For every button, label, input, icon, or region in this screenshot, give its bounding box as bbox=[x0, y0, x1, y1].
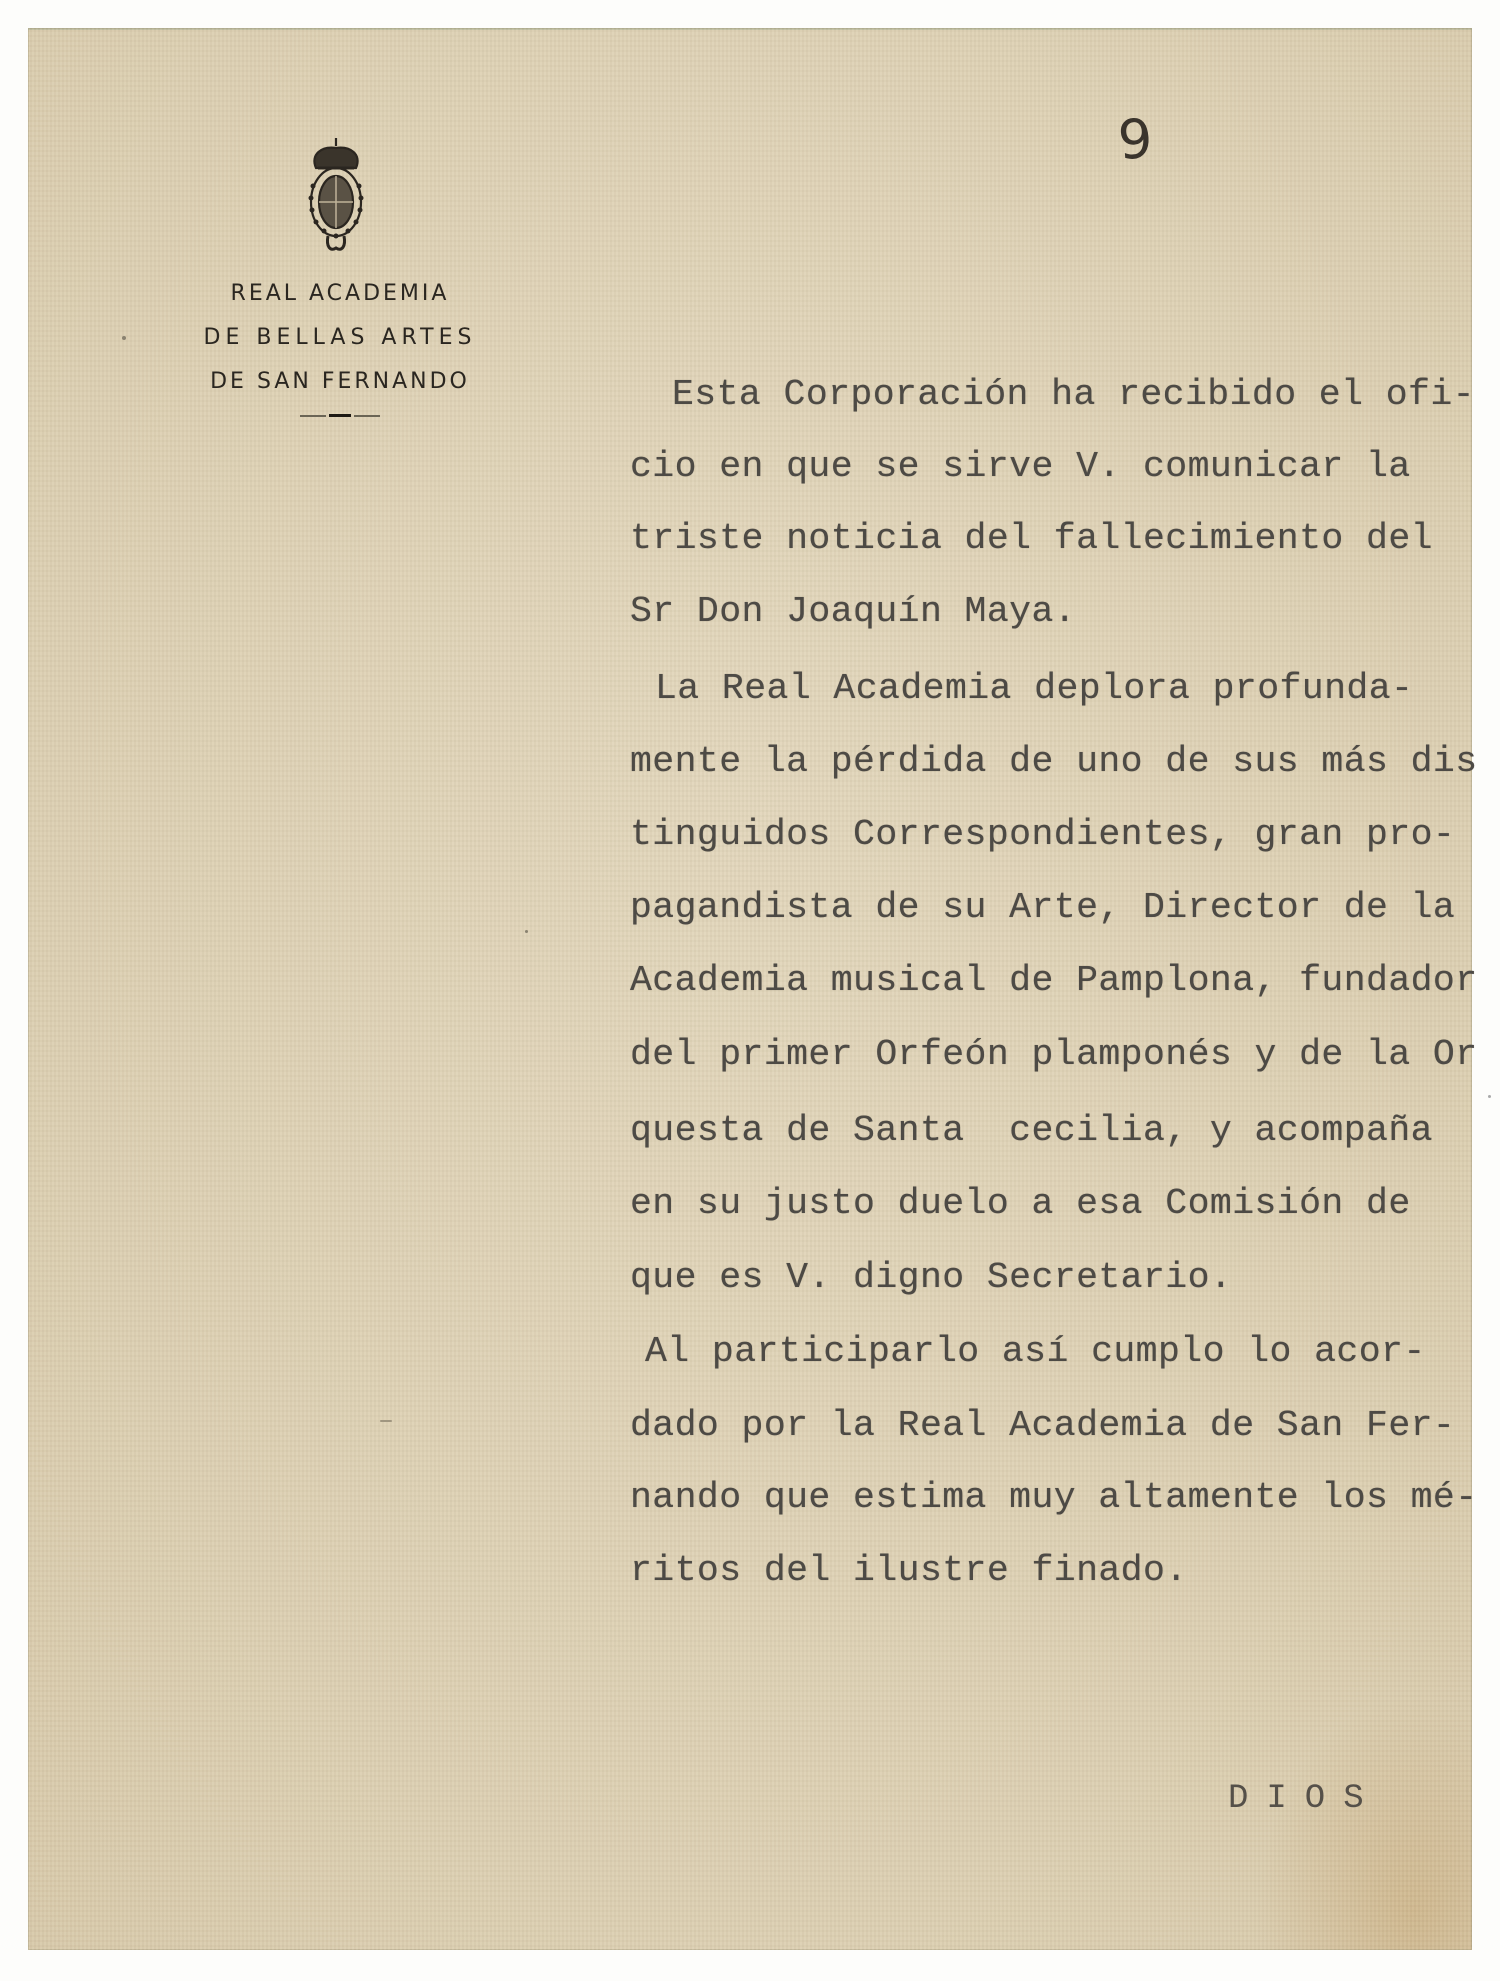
paper-speck bbox=[525, 930, 528, 933]
letterhead-divider bbox=[300, 415, 326, 417]
body-line: questa de Santa cecilia, y acompaña bbox=[630, 1113, 1433, 1150]
body-line: nando que estima muy altamente los mé- bbox=[630, 1480, 1478, 1517]
letterhead-divider bbox=[329, 414, 351, 417]
body-line: en su justo duelo a esa Comisión de bbox=[630, 1186, 1411, 1223]
body-line: Academia musical de Pamplona, fundador bbox=[630, 963, 1478, 1000]
body-line: dado por la Real Academia de San Fer- bbox=[630, 1408, 1455, 1445]
body-line: tinguidos Correspondientes, gran pro- bbox=[630, 817, 1455, 854]
body-line: mente la pérdida de uno de sus más dis bbox=[630, 744, 1478, 781]
letterhead-divider bbox=[354, 415, 380, 417]
body-line: triste noticia del fallecimiento del bbox=[630, 521, 1433, 558]
handwritten-page-number: 9 bbox=[1116, 107, 1155, 172]
body-line: Al participarlo así cumplo lo acor- bbox=[645, 1334, 1426, 1371]
body-line: cio en que se sirve V. comunicar la bbox=[630, 449, 1411, 486]
paper-mark bbox=[380, 1420, 392, 1422]
body-line: La Real Academia deplora profunda- bbox=[655, 671, 1413, 708]
body-line: Sr Don Joaquín Maya. bbox=[630, 594, 1076, 631]
letterhead-line-1: REAL ACADEMIA bbox=[140, 283, 540, 305]
paper-speck bbox=[122, 336, 126, 340]
body-line: ritos del ilustre finado. bbox=[630, 1553, 1188, 1590]
closing-text: DIOS bbox=[1228, 1780, 1382, 1818]
body-line: pagandista de su Arte, Director de la bbox=[630, 890, 1455, 927]
body-line: del primer Orfeón plamponés y de la Or bbox=[630, 1037, 1478, 1074]
body-line: Esta Corporación ha recibido el ofi- bbox=[672, 377, 1475, 414]
letterhead-line-3: DE SAN FERNANDO bbox=[140, 371, 540, 393]
paper-speck bbox=[1488, 1095, 1491, 1098]
royal-crest-icon bbox=[300, 136, 372, 258]
body-line: que es V. digno Secretario. bbox=[630, 1260, 1232, 1297]
letterhead-line-2: DE BELLAS ARTES bbox=[140, 327, 540, 349]
